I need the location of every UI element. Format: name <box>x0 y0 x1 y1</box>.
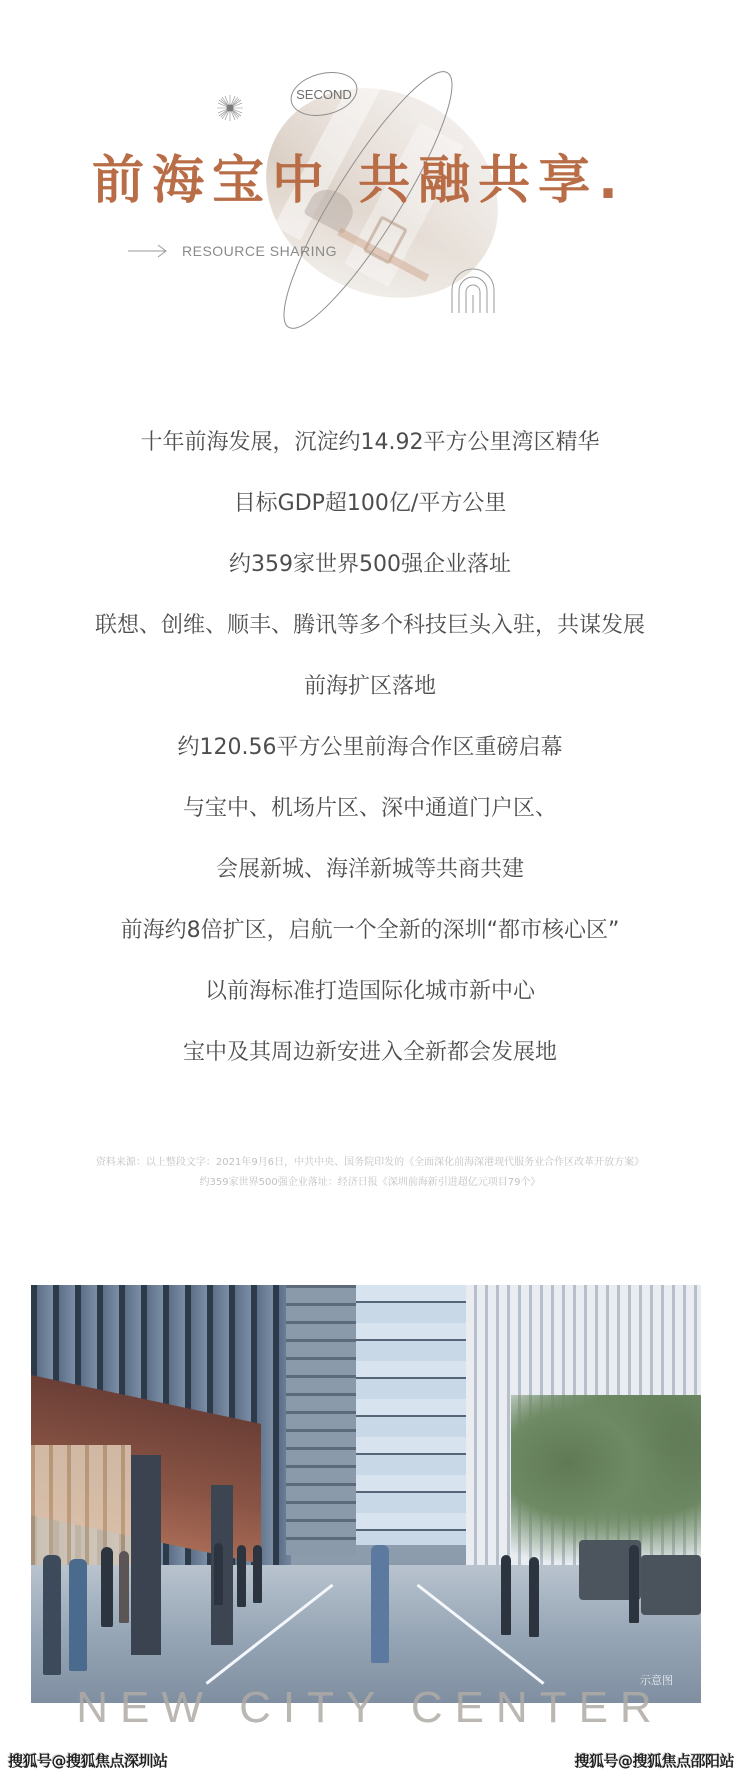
body-line: 约120.56平方公里前海合作区重磅启幕 <box>0 733 740 794</box>
source-line-2: 约359家世界500强企业落址：经济日报《深圳前海新引进超亿元项目79个》 <box>0 1173 740 1193</box>
body-line: 目标GDP超100亿/平方公里 <box>0 489 740 550</box>
page-subtitle: RESOURCE SHARING <box>182 243 337 259</box>
body-line: 宝中及其周边新安进入全新都会发展地 <box>0 1038 740 1099</box>
body-line: 以前海标准打造国际化城市新中心 <box>0 977 740 1038</box>
body-line: 前海约8倍扩区，启航一个全新的深圳“都市核心区” <box>0 916 740 977</box>
body-line: 十年前海发展，沉淀约14.92平方公里湾区精华 <box>0 428 740 489</box>
section-number-label: SECOND <box>296 87 352 102</box>
body-line: 联想、创维、顺丰、腾讯等多个科技巨头入驻，共谋发展 <box>0 611 740 672</box>
city-center-rendering: 示意图 <box>31 1285 701 1703</box>
photo-overlay-title: NEW CITY CENTER <box>0 1683 740 1733</box>
body-line: 与宝中、机场片区、深中通道门户区、 <box>0 794 740 855</box>
source-note: 资料来源：以上整段文字：2021年9月6日，中共中央、国务院印发的《全面深化前海… <box>0 1153 740 1193</box>
arch-icon <box>448 265 498 315</box>
watermark-left: 搜狐号@搜狐焦点深圳站 <box>8 1750 168 1771</box>
body-line: 约359家世界500强企业落址 <box>0 550 740 611</box>
body-line: 前海扩区落地 <box>0 672 740 733</box>
page-title: 前海宝中 共融共享. <box>92 138 692 213</box>
source-line-1: 资料来源：以上整段文字：2021年9月6日，中共中央、国务院印发的《全面深化前海… <box>0 1153 740 1173</box>
body-text: 十年前海发展，沉淀约14.92平方公里湾区精华 目标GDP超100亿/平方公里 … <box>0 428 740 1099</box>
subtitle-row: RESOURCE SHARING <box>128 243 337 259</box>
watermark-right: 搜狐号@搜狐焦点邵阳站 <box>574 1750 734 1771</box>
arrow-right-icon <box>128 244 168 258</box>
body-line: 会展新城、海洋新城等共商共建 <box>0 855 740 916</box>
sunburst-icon <box>217 95 243 121</box>
section-header: SECOND 前海宝中 共融共享. RESOURCE SHARING <box>0 0 740 360</box>
